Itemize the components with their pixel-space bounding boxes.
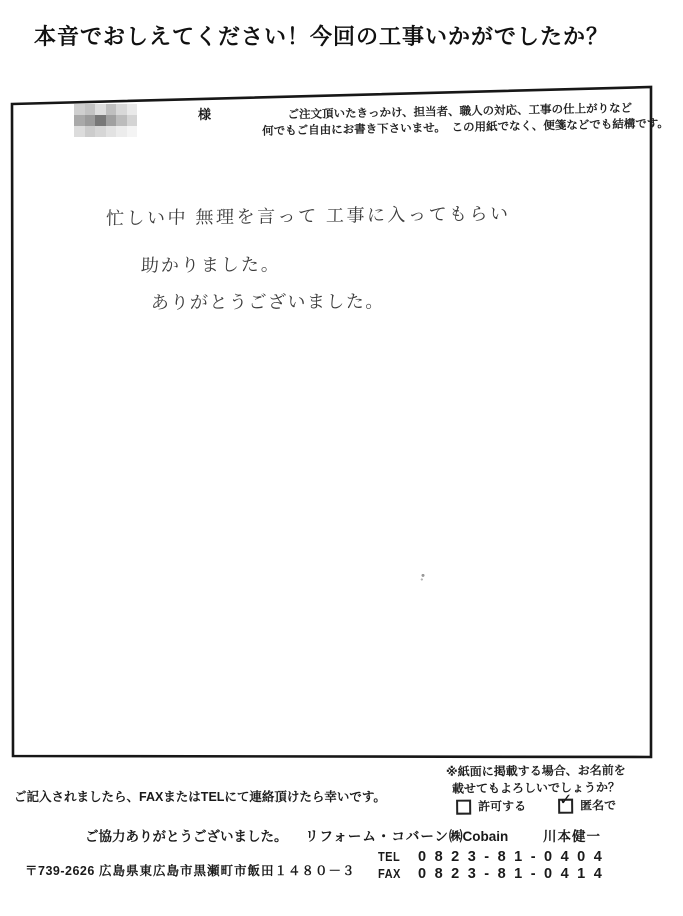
form-instructions: ご注文頂いたきっかけ、担当者、職人の対応、工事の仕上がりなど 何でもご自由にお書… [262,101,659,140]
postal-code: 〒739-2626 [25,861,95,879]
fax-label: FAX [378,866,412,881]
publish-choices: 許可する 匿名で [402,797,670,816]
tel-fax-block: TEL 0823-81-0404 FAX 0823-81-0414 [378,849,610,882]
tel-number: 0823-81-0404 [418,849,610,865]
checkbox-anonymous-icon [558,798,573,813]
company-name-corp: ㈱Cobain [449,825,508,845]
publish-permission-block: ※紙面に掲載する場合、お名前を 載せてもよろしいでしょうか？ 許可する 匿名で [402,762,670,816]
tel-label: TEL [378,849,412,864]
form-title: 本音でおしえてください！今回の工事いかがでしたか？ [34,20,609,51]
representative-name: 川本健一 [543,825,601,845]
scan-artifact-dot [420,573,426,581]
fax-line: FAX 0823-81-0414 [378,866,610,883]
checkbox-permit-icon [456,799,471,814]
addressee-honorific: 様 [198,104,211,123]
fax-number: 0823-81-0414 [418,866,610,882]
scanned-survey-page: 本音でおしえてください！今回の工事いかがでしたか？ 様 ご注文頂いたきっかけ、担… [0,0,683,916]
handwritten-comment-line2: 助かりました。 [141,251,282,278]
handwritten-comment-line3: ありがとうございました。 [151,287,386,314]
publish-question-line2: 載せてもよろしいでしょうか？ [402,778,670,797]
thanks-row: ご協力ありがとうございました。 リフォーム・コバーン ㈱Cobain 川本健一 [0,825,683,843]
redacted-name [74,104,137,137]
contact-note: ご記入されましたら、FAXまたはTELにて連絡頂けたら幸いです。 [14,787,386,805]
company-name-kana: リフォーム・コバーン [305,825,449,845]
tel-line: TEL 0823-81-0404 [378,849,610,866]
checkbox-permit-label: 許可する [478,798,526,815]
thanks-text: ご協力ありがとうございました。 [85,825,288,845]
checkbox-anonymous-label: 匿名で [580,797,616,814]
street-address: 広島県東広島市黒瀬町市飯田１４８０－３ [99,861,356,879]
handwritten-comment-line1: 忙しい中 無理を言って 工事に入ってもらい [106,200,511,231]
